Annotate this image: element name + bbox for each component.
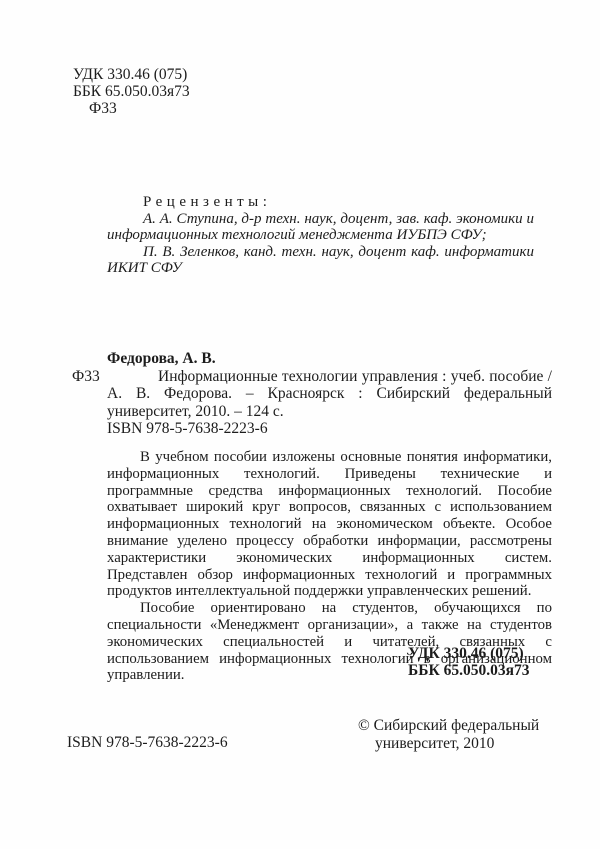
annotation-paragraph-1: В учебном пособии изложены основные поня… [107,449,552,600]
catalog-card: Федорова, А. В. Ф33 Информационные техно… [107,350,552,438]
catalog-author-sign: Ф33 [72,368,100,386]
reviewers-heading: Рецензенты: [107,194,534,211]
bbk-code: ББК 65.050.03я73 [73,83,190,100]
udc-code-bottom: УДК 330.46 (075) [408,645,530,662]
reviewer-2: П. В. Зеленков, канд. техн. наук, доцент… [107,244,534,277]
bbk-code-bottom: ББК 65.050.03я73 [408,662,530,679]
author-sign: Ф33 [89,100,190,117]
catalog-author: Федорова, А. В. [107,350,552,368]
footer-isbn: ISBN 978-5-7638-2223-6 [67,734,228,752]
copyright-line-2: университет, 2010 [375,735,494,752]
udc-code: УДК 330.46 (075) [73,66,190,83]
book-imprint-page: УДК 330.46 (075) ББК 65.050.03я73 Ф33 Ре… [0,0,600,849]
catalog-description: Информационные технологии управления : у… [107,368,552,421]
top-catalog-codes: УДК 330.46 (075) ББК 65.050.03я73 Ф33 [73,66,190,117]
bottom-catalog-codes: УДК 330.46 (075) ББК 65.050.03я73 [408,645,530,679]
catalog-entry: Ф33 Информационные технологии управления… [107,368,552,438]
reviewers-block: Рецензенты: А. А. Ступина, д-р техн. нау… [107,194,534,277]
reviewer-1: А. А. Ступина, д-р техн. наук, доцент, з… [107,211,534,244]
catalog-isbn: ISBN 978-5-7638-2223-6 [107,420,552,438]
copyright-line-1: © Сибирский федеральный [358,717,539,734]
copyright-notice: © Сибирский федеральный университет, 201… [358,717,555,752]
